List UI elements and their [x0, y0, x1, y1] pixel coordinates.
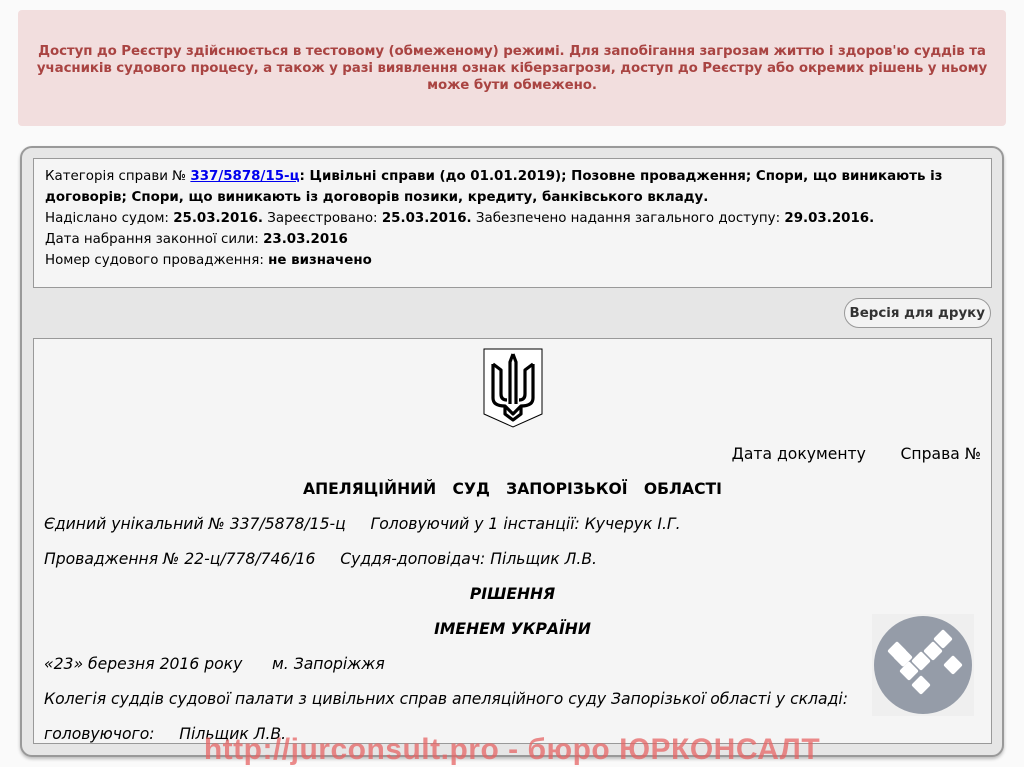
panel-line: Колегія суддів судової палати з цивільни…: [44, 690, 848, 708]
proceeding-label: Номер судового провадження:: [45, 253, 264, 268]
unique-number-line: Єдиний унікальний № 337/5878/15-ц Голову…: [44, 515, 681, 533]
document-meta: Дата документу Справа №: [732, 445, 981, 463]
public-access-label: Забезпечено надання загального доступу:: [476, 211, 780, 226]
proceeding-line: Провадження № 22-ц/778/746/16 Суддя-допо…: [44, 550, 597, 568]
proceeding-value: не визначено: [268, 253, 372, 268]
sent-value: 25.03.2016.: [173, 211, 263, 226]
document-case-label: Справа №: [901, 445, 981, 463]
legal-force-label: Дата набрання законної сили:: [45, 232, 259, 247]
proceeding-number: Номер судового провадження: не визначено: [45, 250, 980, 271]
puzzle-network-icon: [874, 616, 972, 714]
registered-label: Зареєстровано:: [267, 211, 377, 226]
date-place-line: «23» березня 2016 року м. Запоріжжя: [44, 655, 385, 673]
print-version-button[interactable]: Версія для друку: [844, 298, 992, 328]
ukraine-trident-icon: [483, 348, 543, 428]
decision-document: Дата документу Справа № АПЕЛЯЦІЙНИЙ СУД …: [33, 338, 992, 744]
case-dates: Надіслано судом: 25.03.2016. Зареєстрова…: [45, 208, 980, 229]
document-date-label: Дата документу: [732, 445, 866, 463]
case-category: Категорія справи № 337/5878/15-ц: Цивіль…: [45, 166, 980, 208]
registered-value: 25.03.2016.: [382, 211, 472, 226]
presiding-line: головуючого: Пільщик Л.В.: [44, 725, 286, 743]
in-name-of-ukraine: ІМЕНЕМ УКРАЇНИ: [34, 620, 991, 638]
legal-force-date: Дата набрання законної сили: 23.03.2016: [45, 229, 980, 250]
case-number-link[interactable]: 337/5878/15-ц: [190, 169, 299, 184]
public-access-value: 29.03.2016.: [784, 211, 874, 226]
legal-force-value: 23.03.2016: [263, 232, 348, 247]
decision-title: РІШЕННЯ: [34, 585, 991, 603]
decision-container: Категорія справи № 337/5878/15-ц: Цивіль…: [20, 146, 1004, 757]
category-label: Категорія справи №: [45, 169, 186, 184]
overlay-badge[interactable]: [872, 614, 974, 716]
case-info-panel: Категорія справи № 337/5878/15-ц: Цивіль…: [33, 158, 992, 288]
court-name: АПЕЛЯЦІЙНИЙ СУД ЗАПОРІЗЬКОЇ ОБЛАСТІ: [34, 480, 991, 498]
sent-label: Надіслано судом:: [45, 211, 169, 226]
alert-text: Доступ до Реєстру здійснюється в тестово…: [34, 43, 990, 94]
registry-warning-alert: Доступ до Реєстру здійснюється в тестово…: [18, 10, 1006, 126]
